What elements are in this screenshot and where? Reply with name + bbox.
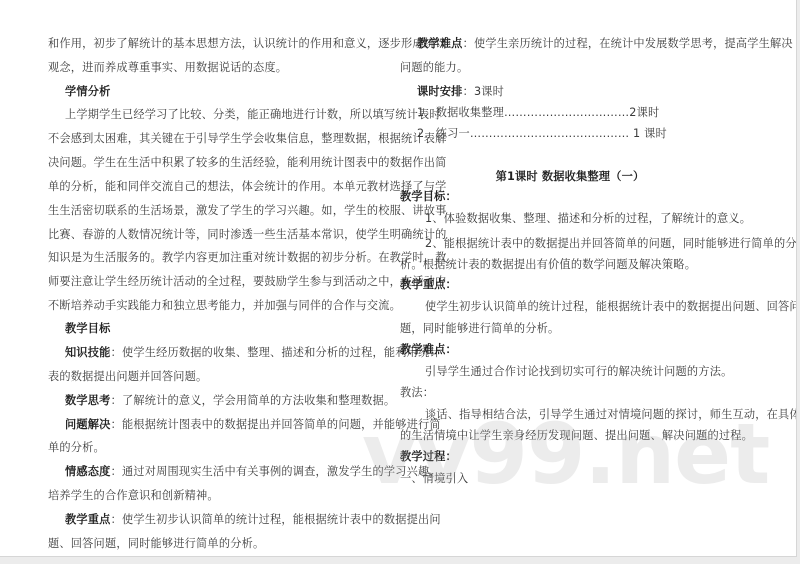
lesson-difficulty-line: 引导学生通过合作讨论找到切实可行的解决统计问题的方法。	[425, 365, 732, 379]
lesson-goal-cont: 析。根据统计表的数据提出有价值的数学问题及解决策略。	[400, 258, 696, 272]
goal-label: 问题解决	[65, 418, 111, 431]
lesson-title: 第1课时 数据收集整理（一）	[400, 170, 740, 184]
lesson-method-line: 谈话、指导相结合法，引导学生通过对情境问题的探讨，师生互动，在具体	[425, 408, 797, 422]
schedule-item: 1．数据收集整理……………………………2课时	[417, 106, 659, 120]
goal-math-thinking: 数学思考：了解统计的意义，学会用简单的方法收集和整理数据。	[65, 394, 395, 408]
schedule-label: 课时安排	[417, 85, 463, 98]
schedule-value: ：3课时	[463, 85, 504, 98]
student-analysis-line: 上学期学生已经学习了比较、分类，能正确地进行计数，所以填写统计表时	[65, 108, 441, 122]
student-analysis-line: 比赛、春游的人数情况统计等，同时渗透一些生活基本常识，使学生明确统计的	[48, 228, 447, 242]
lesson-key-line: 题，同时能够进行简单的分析。	[400, 322, 559, 336]
student-analysis-line: 知识是为生活服务的。教学内容更加注重对统计数据的初步分析。在教学时，教	[48, 251, 447, 265]
lesson-method-heading: 教法：	[400, 386, 434, 400]
goal-text: ：通过对周围现实生活中有关事例的调查，激发学生的学习兴趣，	[111, 465, 441, 478]
student-analysis-line: 决问题。学生在生活中积累了较多的生活经验，能利用统计图表中的数据作出简	[48, 156, 447, 170]
lesson-goal: 1、体验数据收集、整理、描述和分析的过程，了解统计的意义。	[425, 212, 751, 226]
teaching-goals-heading: 教学目标	[65, 322, 111, 336]
difficulty-paragraph: 教学难点：使学生亲历统计的过程，在统计中发展数学思考，提高学生解决	[417, 37, 793, 51]
goal-knowledge: 知识技能：使学生经历数据的收集、整理、描述和分析的过程，能利用统计	[65, 346, 441, 360]
student-analysis-line: 生生活密切联系的生活场景，激发了学生的学习兴趣。如，学生的校服、讲故事	[48, 204, 447, 218]
goal-text-cont: 题、回答问题，同时能够进行简单的分析。	[48, 537, 264, 551]
lesson-method-line: 的生活情境中让学生亲身经历发现问题、提出问题、解决问题的过程。	[400, 429, 753, 443]
schedule-paragraph: 课时安排：3课时	[417, 85, 504, 99]
difficulty-label: 教学难点	[417, 37, 463, 50]
goal-label: 知识技能	[65, 346, 111, 359]
document-page: 和作用，初步了解统计的基本思想方法，认识统计的作用和意义，逐步形成统计 观念，进…	[0, 0, 797, 557]
goal-text: ：使学生初步认识简单的统计过程，能根据统计表中的数据提出问	[111, 513, 441, 526]
goal-text-cont: 表的数据提出问题并回答问题。	[48, 370, 207, 384]
student-analysis-heading: 学情分析	[65, 85, 111, 99]
lesson-key-heading: 教学重点：	[400, 278, 457, 292]
lesson-difficulty-heading: 教学难点：	[400, 343, 457, 357]
lesson-process-item: 一、情境引入	[400, 472, 468, 486]
goal-text-cont: 单的分析。	[48, 441, 105, 455]
goal-text: ：能根据统计图表中的数据提出并回答简单的问题，并能够进行简	[111, 418, 441, 431]
intro-line: 观念，进而养成尊重事实、用数据说话的态度。	[48, 61, 287, 75]
difficulty-text: ：使学生亲历统计的过程，在统计中发展数学思考，提高学生解决	[463, 37, 793, 50]
goal-text: ：使学生经历数据的收集、整理、描述和分析的过程，能利用统计	[111, 346, 441, 359]
lesson-goals-heading: 教学目标：	[400, 190, 457, 204]
goal-text: ：了解统计的意义，学会用简单的方法收集和整理数据。	[111, 394, 396, 407]
student-analysis-line: 不断培养动手实践能力和独立思考能力，并加强与同伴的合作与交流。	[48, 299, 401, 313]
student-analysis-line: 单的分析，能和同伴交流自己的想法，体会统计的作用。本单元教材选择了与学	[48, 180, 447, 194]
lesson-goal: 2、能根据统计表中的数据提出并回答简单的问题，同时能够进行简单的分	[425, 237, 797, 251]
goal-label: 情感态度	[65, 465, 111, 478]
intro-line: 和作用，初步了解统计的基本思想方法，认识统计的作用和意义，逐步形成统计	[48, 37, 447, 51]
student-analysis-line: 师要注意让学生经历统计活动的全过程，要鼓励学生参与到活动之中，在活动中	[48, 275, 447, 289]
student-analysis-line: 不会感到太困难，其关键在于引导学生学会收集信息，整理数据，根据统计表解	[48, 132, 447, 146]
goal-key-points: 教学重点：使学生初步认识简单的统计过程，能根据统计表中的数据提出问	[65, 513, 441, 527]
goal-label: 数学思考	[65, 394, 111, 407]
schedule-item: 2．练习一…………………………………… 1 课时	[417, 127, 667, 141]
goal-problem-solving: 问题解决：能根据统计图表中的数据提出并回答简单的问题，并能够进行简	[65, 418, 441, 432]
goal-text-cont: 培养学生的合作意识和创新精神。	[48, 489, 219, 503]
lesson-key-line: 使学生初步认识简单的统计过程，能根据统计表中的数据提出问题、回答问	[425, 300, 797, 314]
goal-label: 教学重点	[65, 513, 111, 526]
goal-attitude: 情感态度：通过对周围现实生活中有关事例的调查，激发学生的学习兴趣，	[65, 465, 441, 479]
difficulty-text-cont: 问题的能力。	[400, 61, 468, 75]
lesson-process-heading: 教学过程：	[400, 450, 457, 464]
